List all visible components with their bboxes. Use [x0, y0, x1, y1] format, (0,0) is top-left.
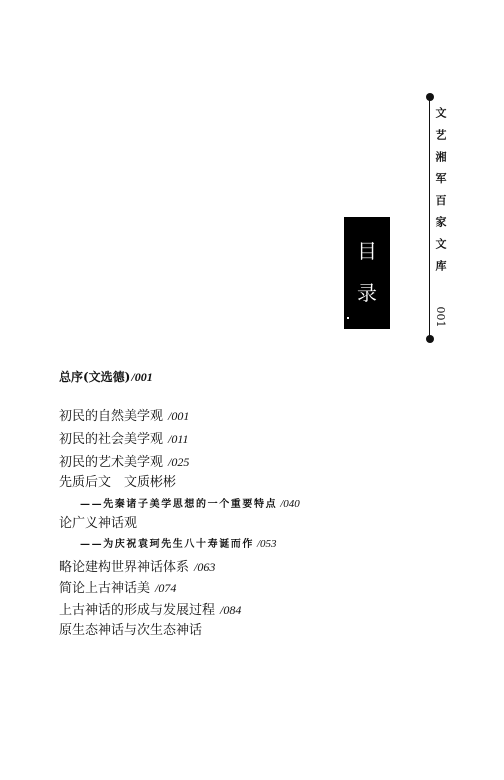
toc-entry[interactable]: 论广义神话观 — [59, 516, 137, 532]
toc-title: 初民的社会美学观 — [59, 432, 163, 447]
toc-title: 初民的艺术美学观 — [59, 455, 163, 470]
toc-subtitle-text: ——先秦诸子美学思想的一个重要特点 — [80, 499, 277, 510]
toc-page: /001 — [168, 409, 189, 423]
toc-title: 原生态神话与次生态神话 — [59, 623, 202, 638]
series-title: 文艺湘军百家文库 — [434, 107, 446, 281]
toc-title: 先质后文 文质彬彬 — [59, 475, 176, 490]
series-rule-line — [429, 97, 430, 339]
page-number: 001 — [434, 305, 446, 329]
toc-entry[interactable]: 初民的艺术美学观/025 — [59, 454, 189, 471]
toc-page: /040 — [280, 498, 300, 510]
toc-subtitle[interactable]: ——先秦诸子美学思想的一个重要特点/040 — [80, 497, 300, 512]
section-heading-box: 目 录 — [344, 217, 390, 329]
toc-preface[interactable]: 总序(文选德)/001 — [59, 369, 153, 385]
toc-subtitle[interactable]: ——为庆祝袁珂先生八十寿诞而作/053 — [80, 537, 277, 552]
toc-entry[interactable]: 原生态神话与次生态神话 — [59, 623, 202, 639]
decorative-dot — [347, 317, 349, 319]
toc-page: /011 — [168, 432, 188, 446]
toc-entry[interactable]: 简论上古神话美/074 — [59, 580, 176, 597]
toc-title: 总序(文选德) — [59, 370, 130, 384]
series-rule-top-dot — [426, 93, 434, 101]
section-heading-char: 目 — [344, 240, 390, 262]
toc-entry[interactable]: 略论建构世界神话体系/063 — [59, 559, 215, 576]
toc-title: 上古神话的形成与发展过程 — [59, 603, 215, 618]
toc-title: 简论上古神话美 — [59, 581, 150, 596]
toc-page: /063 — [194, 560, 215, 574]
toc-title: 初民的自然美学观 — [59, 409, 163, 424]
toc-title: 论广义神话观 — [59, 516, 137, 531]
toc-entry[interactable]: 初民的自然美学观/001 — [59, 408, 189, 425]
section-heading-char: 录 — [344, 282, 390, 304]
toc-page: /074 — [155, 581, 176, 595]
toc-page: /001 — [131, 370, 152, 384]
series-rule-bottom-dot — [426, 335, 434, 343]
toc-entry[interactable]: 先质后文 文质彬彬 — [59, 475, 176, 491]
toc-entry[interactable]: 初民的社会美学观/011 — [59, 431, 188, 448]
toc-entry[interactable]: 上古神话的形成与发展过程/084 — [59, 602, 241, 619]
toc-page: /025 — [168, 455, 189, 469]
toc-subtitle-text: ——为庆祝袁珂先生八十寿诞而作 — [80, 539, 254, 550]
toc-page: /084 — [220, 603, 241, 617]
toc-page: /053 — [257, 538, 277, 550]
toc-title: 略论建构世界神话体系 — [59, 560, 189, 575]
